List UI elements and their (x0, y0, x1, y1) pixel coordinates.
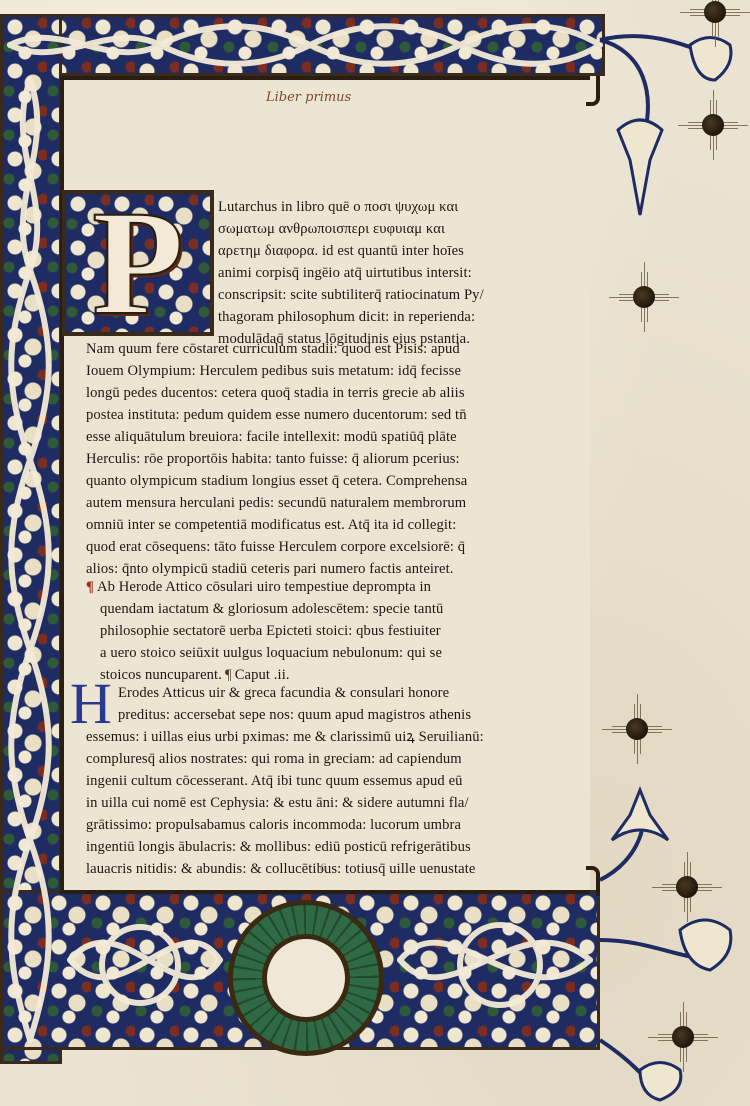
text-line-content: stoicos nuncuparent. (100, 667, 222, 683)
gold-boss-icon (626, 718, 648, 740)
text-line: lauacris nitidis: & abundis: & collucēti… (86, 858, 546, 880)
gold-boss-icon (704, 1, 726, 23)
gold-boss-icon (633, 286, 655, 308)
pilcrow-icon: ¶ (225, 667, 232, 683)
text-line: philosophie sectatorē uerba Epicteti sto… (86, 620, 546, 642)
gold-boss-icon (676, 876, 698, 898)
text-line: a uero stoico seiūxit uulgus loquacium n… (86, 642, 546, 664)
text-line: thagoram philosophum dicit: in reperiend… (218, 306, 540, 328)
chapter-two-text: Erodes Atticus uir & greca facundia & co… (86, 682, 546, 880)
text-line: Erodes Atticus uir & greca facundia & co… (86, 682, 546, 704)
text-line: omniū inter se competentiā modificatus e… (86, 514, 546, 536)
text-line: quod erat cōsequens: tāto fuisse Hercule… (86, 536, 546, 558)
text-line: ingenii cultum cōcesserant. Atq̄ ibi tun… (86, 770, 546, 792)
frame-corner-top (586, 76, 600, 106)
foliation-mark: 6 (320, 860, 326, 875)
chapter-rubric: ¶Ab Herode Attico cōsulari uiro tempesti… (86, 576, 546, 686)
frame-corner-bottom (586, 866, 600, 896)
opening-paragraph-head: Lutarchus in libro quē ο ποσι ψυχωμ και … (218, 196, 540, 350)
gold-boss-icon (702, 114, 724, 136)
text-line: postea instituta: pedum quidem esse nume… (86, 404, 546, 426)
pilcrow-icon: ¶ (86, 579, 94, 595)
text-line: conscripsit: scite subtiliterq̄ ratiocin… (218, 284, 540, 306)
text-line: quanto olympicum stadium longius esset q… (86, 470, 546, 492)
text-line: grātissimo: propulsabamus caloris incomm… (86, 814, 546, 836)
text-line: quendam iactatum & gloriosum adolescētem… (86, 598, 546, 620)
text-line: αρετημ διαφορα. id est quantū inter hoīe… (218, 240, 540, 262)
text-line: Nam quum fere cōstaret curriculum stadii… (86, 338, 546, 360)
text-line: Lutarchus in libro quē ο ποσι ψυχωμ και (218, 196, 540, 218)
chapter-label: Caput .ii. (235, 667, 290, 683)
initial-letter-p: P (92, 188, 184, 338)
text-line-content: Ab Herode Attico cōsulari uiro tempestiu… (97, 579, 431, 595)
text-line: longū pedes ducentos: cetera quoq̄ stadi… (86, 382, 546, 404)
text-line: Herculis: rōe proportōis habita: tanto f… (86, 448, 546, 470)
text-line: Iouem Olympium: Herculem pedibus suis me… (86, 360, 546, 382)
text-line: ¶Ab Herode Attico cōsulari uiro tempesti… (86, 576, 546, 598)
manuscript-page: P Liber primus Lutarchus in libro quē ο … (0, 0, 750, 1106)
text-line: preditus: accersebat sepe nos: quum apud… (86, 704, 546, 726)
empty-coat-of-arms-field (262, 934, 350, 1022)
text-line: ingentiū longis ābulacris: & mollibus: e… (86, 836, 546, 858)
top-vine-border (0, 14, 605, 76)
text-line: compluresq̄ alios nostrates: qui roma in… (86, 748, 546, 770)
marginal-note: Liber primus (266, 90, 351, 105)
illuminated-initial: P (68, 196, 208, 330)
text-line: in uilla cui nomē est Cephysia: & estu ā… (86, 792, 546, 814)
text-line: σωματωμ ανθρωποισπερι ευφυιαμ και (218, 218, 540, 240)
opening-paragraph-body: Nam quum fere cōstaret curriculum stadii… (86, 338, 546, 580)
laurel-wreath-roundel (228, 900, 384, 1056)
text-line: animi corpisq̄ ingēio atq̄ uirtutibus in… (218, 262, 540, 284)
text-line: autem mensura herculani pedis: secundū n… (86, 492, 546, 514)
text-line: essemus: i uillas eius urbi pximas: me &… (86, 726, 546, 748)
gold-boss-icon (672, 1026, 694, 1048)
text-line: esse aliquātulum breuiora: facile intell… (86, 426, 546, 448)
